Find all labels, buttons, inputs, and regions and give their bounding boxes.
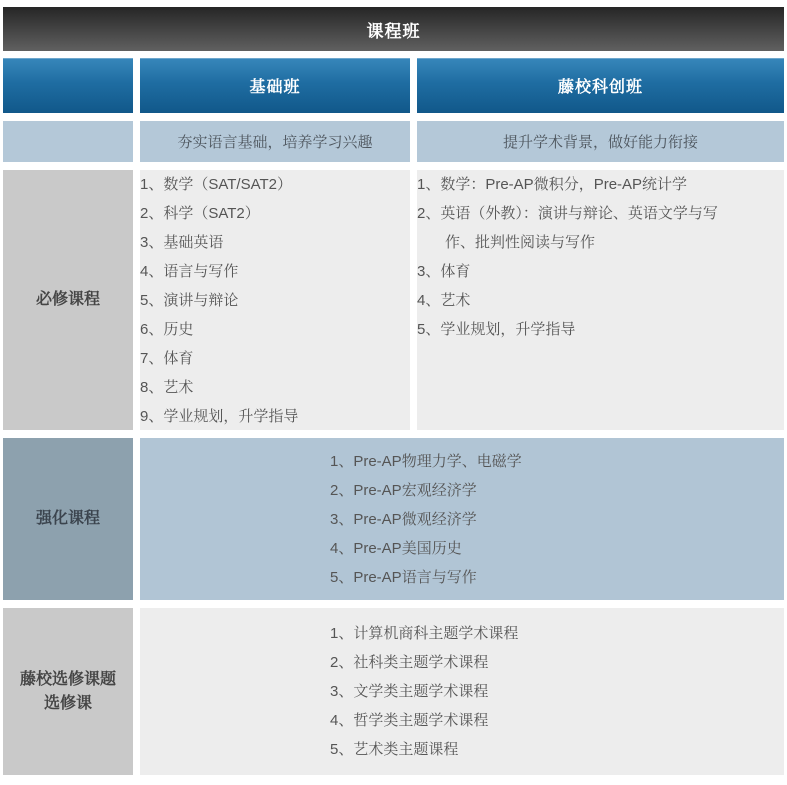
page-title: 课程班	[367, 17, 421, 42]
course-item: 3、体育	[417, 257, 723, 286]
table-title-bar: 课程班	[3, 7, 784, 51]
course-item: 9、学业规划，升学指导	[140, 402, 410, 430]
corner-cell-slogan	[3, 121, 133, 162]
course-item: 5、学业规划，升学指导	[417, 315, 723, 344]
intensive-courses-cell: 1、Pre-AP物理力学、电磁学2、Pre-AP宏观经济学3、Pre-AP微观经…	[140, 438, 784, 600]
column-header-basic-label: 基础班	[249, 74, 300, 97]
row-label-electives-line2: 选修课	[44, 692, 92, 716]
electives-course-list: 1、计算机商科主题学术课程2、社科类主题学术课程3、文学类主题学术课程4、哲学类…	[140, 619, 784, 764]
slogan-ivy: 提升学术背景，做好能力衔接	[417, 121, 784, 162]
row-label-electives: 藤校选修课题 选修课	[3, 608, 133, 775]
slogan-basic: 夯实语言基础，培养学习兴趣	[140, 121, 410, 162]
course-item: 1、计算机商科主题学术课程	[330, 619, 784, 648]
course-item: 5、演讲与辩论	[140, 286, 410, 315]
column-header-ivy-label: 藤校科创班	[558, 74, 643, 97]
slogan-ivy-text: 提升学术背景，做好能力衔接	[503, 131, 698, 152]
course-item: 2、英语（外教）：演讲与辩论、英语文学与写作、批判性阅读与写作	[417, 199, 723, 257]
row-label-required: 必修课程	[3, 170, 133, 430]
course-item: 5、艺术类主题课程	[330, 735, 784, 764]
course-class-table-page: 课程班 基础班 藤校科创班 夯实语言基础，培养学习兴趣 提升学术背景，做好能力衔…	[0, 0, 787, 785]
course-item: 3、文学类主题学术课程	[330, 677, 784, 706]
course-item: 3、Pre-AP微观经济学	[330, 505, 784, 534]
electives-courses-cell: 1、计算机商科主题学术课程2、社科类主题学术课程3、文学类主题学术课程4、哲学类…	[140, 608, 784, 775]
row-label-required-text: 必修课程	[36, 288, 100, 312]
required-basic-list: 1、数学（SAT/SAT2）2、科学（SAT2）3、基础英语4、语言与写作5、演…	[140, 170, 410, 430]
slogan-basic-text: 夯实语言基础，培养学习兴趣	[177, 131, 372, 152]
row-label-electives-line1: 藤校选修课题	[20, 668, 116, 692]
row-label-intensive: 强化课程	[3, 438, 133, 600]
course-item: 6、历史	[140, 315, 410, 344]
column-header-ivy: 藤校科创班	[417, 58, 784, 113]
course-item: 3、基础英语	[140, 228, 410, 257]
intensive-course-list: 1、Pre-AP物理力学、电磁学2、Pre-AP宏观经济学3、Pre-AP微观经…	[140, 447, 784, 592]
row-label-intensive-text: 强化课程	[36, 507, 100, 531]
required-ivy-list: 1、数学：Pre-AP微积分，Pre-AP统计学2、英语（外教）：演讲与辩论、英…	[417, 170, 723, 344]
required-basic-cell: 1、数学（SAT/SAT2）2、科学（SAT2）3、基础英语4、语言与写作5、演…	[140, 170, 410, 430]
course-item: 1、Pre-AP物理力学、电磁学	[330, 447, 784, 476]
course-item: 5、Pre-AP语言与写作	[330, 563, 784, 592]
course-item: 7、体育	[140, 344, 410, 373]
course-item: 2、Pre-AP宏观经济学	[330, 476, 784, 505]
course-item: 4、语言与写作	[140, 257, 410, 286]
course-item: 4、Pre-AP美国历史	[330, 534, 784, 563]
course-item: 1、数学：Pre-AP微积分，Pre-AP统计学	[417, 170, 723, 199]
course-item: 2、社科类主题学术课程	[330, 648, 784, 677]
corner-cell-header	[3, 58, 133, 113]
course-item: 2、科学（SAT2）	[140, 199, 410, 228]
course-item: 4、哲学类主题学术课程	[330, 706, 784, 735]
course-item: 4、艺术	[417, 286, 723, 315]
course-table-grid: 基础班 藤校科创班 夯实语言基础，培养学习兴趣 提升学术背景，做好能力衔接 必修…	[3, 58, 784, 775]
course-item: 8、艺术	[140, 373, 410, 402]
column-header-basic: 基础班	[140, 58, 410, 113]
course-item: 1、数学（SAT/SAT2）	[140, 170, 410, 199]
course-table: 课程班 基础班 藤校科创班 夯实语言基础，培养学习兴趣 提升学术背景，做好能力衔…	[3, 7, 784, 775]
required-ivy-cell: 1、数学：Pre-AP微积分，Pre-AP统计学2、英语（外教）：演讲与辩论、英…	[417, 170, 784, 430]
